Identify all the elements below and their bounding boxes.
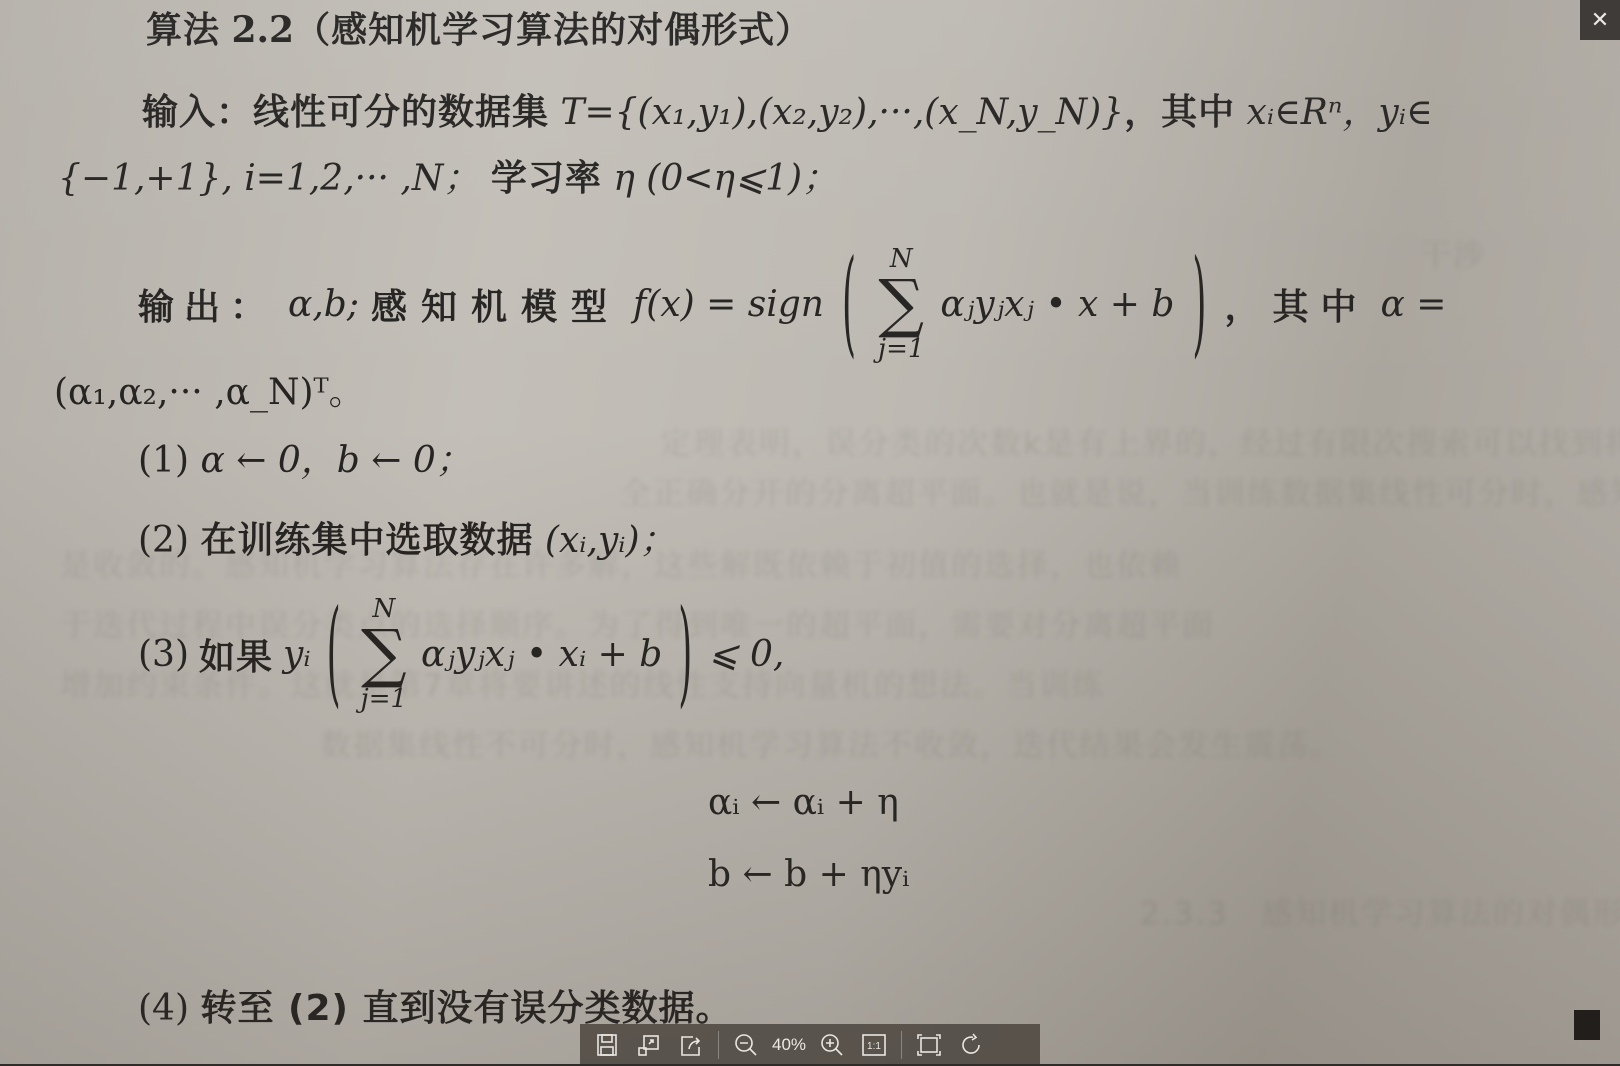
alpha-vector: (α₁,α₂,··· ,α_N)ᵀ。: [54, 364, 365, 415]
zoom-out-icon: [734, 1033, 758, 1057]
step-1-body: α ← 0，b ← 0；: [200, 440, 471, 481]
input-xi: xᵢ∈Rⁿ: [1247, 92, 1343, 133]
fullscreen-icon: [917, 1034, 941, 1056]
save-button[interactable]: [586, 1024, 628, 1066]
left-paren: (: [327, 588, 341, 719]
update-alpha: αᵢ ← αᵢ + η: [708, 782, 899, 823]
title-number: 2.2: [231, 9, 294, 51]
input-line-2: {−1,+1}, i=1,2,··· ,N； 学习率 η (0<η⩽1)；: [58, 150, 838, 201]
alpha-equals: α =: [1380, 284, 1446, 325]
sum-body: αⱼyⱼxⱼ • x + b: [940, 284, 1174, 325]
summation: N ∑ j=1: [878, 246, 924, 362]
input-yi: ，yᵢ∈: [1342, 92, 1432, 133]
actual-size-window-button[interactable]: [628, 1024, 670, 1066]
sum-body: αⱼyⱼxⱼ • xᵢ + b: [421, 634, 662, 675]
one-to-one-icon: 1:1: [862, 1034, 886, 1056]
resize-window-icon: [637, 1033, 661, 1057]
bleed-through-text: 全正确分开的分离超平面。也就是说，当训练数据集线性可分时，感知机学习算法: [620, 468, 1620, 513]
page-corner-mark: [1574, 1010, 1600, 1040]
input-line-1: 输入：线性可分的数据集 T={(x₁,y₁),(x₂,y₂),···,(x_N,…: [142, 84, 1433, 135]
output-where: ，其中: [1224, 279, 1368, 330]
learning-rate-range: η (0<η⩽1)；: [613, 158, 838, 199]
share-button[interactable]: [670, 1024, 712, 1066]
step-2-label: (2): [138, 520, 189, 561]
bleed-through-text: 2.3.3 感知机学习算法的对偶形式: [1140, 888, 1620, 933]
title-description: （感知机学习算法的对偶形式）: [294, 10, 812, 51]
right-paren: ): [678, 588, 692, 719]
output-vars: α,b;: [288, 284, 359, 325]
algorithm-title: 算法 2.2（感知机学习算法的对偶形式）: [146, 2, 812, 53]
rotate-button[interactable]: [950, 1024, 992, 1066]
actual-size-button[interactable]: 1:1: [853, 1024, 895, 1066]
toolbar-divider: [718, 1031, 719, 1059]
input-label: 输入：线性可分的数据集: [142, 92, 549, 133]
step-2: (2) 在训练集中选取数据 (xᵢ,yᵢ)；: [138, 512, 676, 563]
fit-screen-button[interactable]: [908, 1024, 950, 1066]
step-2-text: 在训练集中选取数据: [200, 520, 533, 561]
sigma-symbol: ∑: [878, 272, 924, 336]
viewer-toolbar: 40% 1:1: [580, 1024, 1040, 1066]
sum-lower: j=1: [878, 336, 924, 362]
input-dataset: T={(x₁,y₁),(x₂,y₂),···,(x_N,y_N)}: [560, 92, 1124, 133]
model-label: 感知机模型: [371, 279, 621, 330]
model-function: f(x) = sign: [633, 284, 824, 325]
step-3: (3) 如果 yᵢ ( N ∑ j=1 αⱼyⱼxⱼ • xᵢ + b ) ⩽ …: [138, 596, 784, 712]
close-button[interactable]: ✕: [1580, 0, 1620, 40]
bleed-through-text: 定理表明，误分类的次数k是有上界的，经过有限次搜索可以找到将训练: [660, 418, 1620, 463]
update-b: b ← b + ηyᵢ: [708, 854, 909, 895]
save-icon: [596, 1033, 618, 1057]
toolbar-divider: [901, 1031, 902, 1059]
svg-text:1:1: 1:1: [867, 1041, 881, 1052]
zoom-in-icon: [820, 1033, 844, 1057]
bleed-through-text: 数据集线性不可分时，感知机学习算法不收敛，迭代结果会发生震荡。: [320, 720, 1343, 765]
step-4-text: 转至 (2) 直到没有误分类数据。: [200, 988, 732, 1029]
image-viewer: 干涉 定理表明，误分类的次数k是有上界的，经过有限次搜索可以找到将训练 全正确分…: [0, 0, 1620, 1066]
zoom-in-button[interactable]: [811, 1024, 853, 1066]
zoom-level: 40%: [767, 1035, 811, 1055]
step-1: (1) α ← 0，b ← 0；: [138, 432, 472, 483]
step-3-yi: yᵢ: [283, 634, 311, 675]
left-paren: (: [842, 238, 856, 369]
step-3-label: (3): [138, 634, 189, 675]
title-label: 算法: [146, 10, 220, 51]
step-1-label: (1): [138, 440, 189, 481]
step-2-math: (xᵢ,yᵢ)；: [545, 520, 676, 561]
learning-rate-label: 学习率: [491, 158, 602, 199]
output-label: 输出：: [138, 279, 276, 330]
zoom-out-button[interactable]: [725, 1024, 767, 1066]
step-4-label: (4): [138, 988, 189, 1029]
output-line: 输出： α,b; 感知机模型 f(x) = sign ( N ∑ j=1 αⱼy…: [138, 246, 1446, 362]
input-label-set: {−1,+1}, i=1,2,··· ,N；: [58, 158, 479, 199]
step-3-condition: ⩽ 0,: [708, 634, 784, 675]
sum-lower: j=1: [361, 686, 407, 712]
input-where: ，其中: [1124, 92, 1235, 133]
share-icon: [679, 1033, 703, 1057]
summation: N ∑ j=1: [361, 596, 407, 712]
rotate-icon: [959, 1033, 983, 1057]
step-3-text: 如果: [199, 629, 273, 680]
right-paren: ): [1192, 238, 1206, 369]
sigma-symbol: ∑: [361, 622, 407, 686]
